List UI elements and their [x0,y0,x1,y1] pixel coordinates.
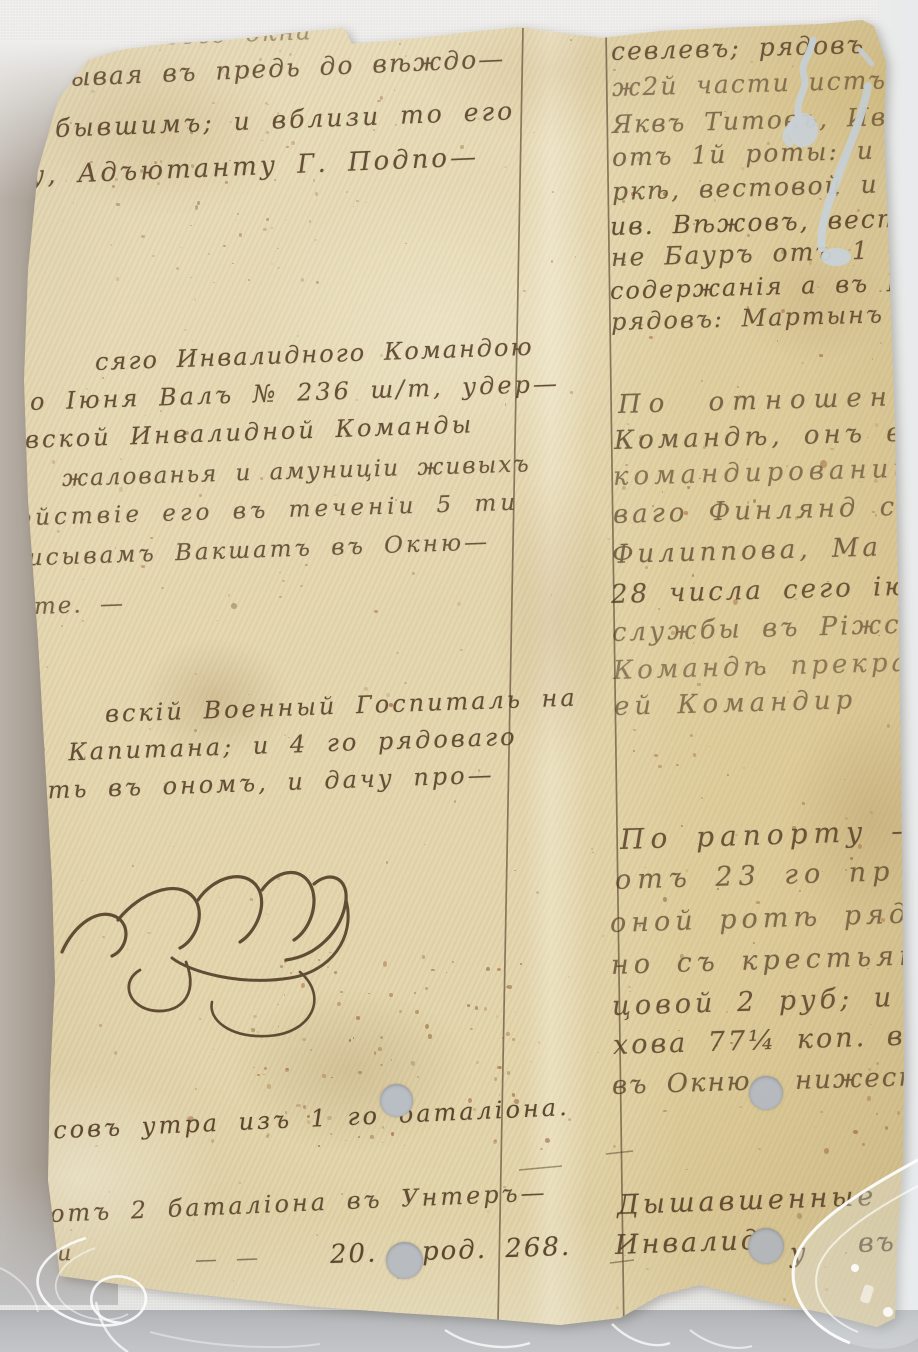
punch-hole [748,1228,784,1264]
handwriting-fragment: у [789,1237,808,1269]
handwriting-fragment: 20. [329,1238,377,1270]
handwriting-fragment: — — [195,1246,261,1273]
handwriting-fragment: нижеск [795,1062,917,1096]
paper-wrap: нъ и2 сего окна дписывая въ предь до вѣж… [0,0,918,1352]
handwriting-line: те. — [34,591,126,620]
manuscript-paper: нъ и2 сего окна дписывая въ предь до вѣж… [0,0,918,1352]
photograph-of-manuscript: нъ и2 сего окна дписывая въ предь до вѣж… [0,0,918,1352]
punch-hole [749,1076,783,1110]
handwriting-line: тъ і и [640,1,749,33]
handwriting-fragment: въ [857,1227,896,1259]
handwriting-fragment: род. 268. [421,1232,571,1267]
punch-hole [386,1242,423,1279]
handwriting-fragment: ки [42,1241,74,1267]
handwriting-fragment: Инвалид [614,1225,761,1261]
punch-hole [380,1084,413,1117]
handwriting-fragment: въ Окню [612,1067,752,1101]
